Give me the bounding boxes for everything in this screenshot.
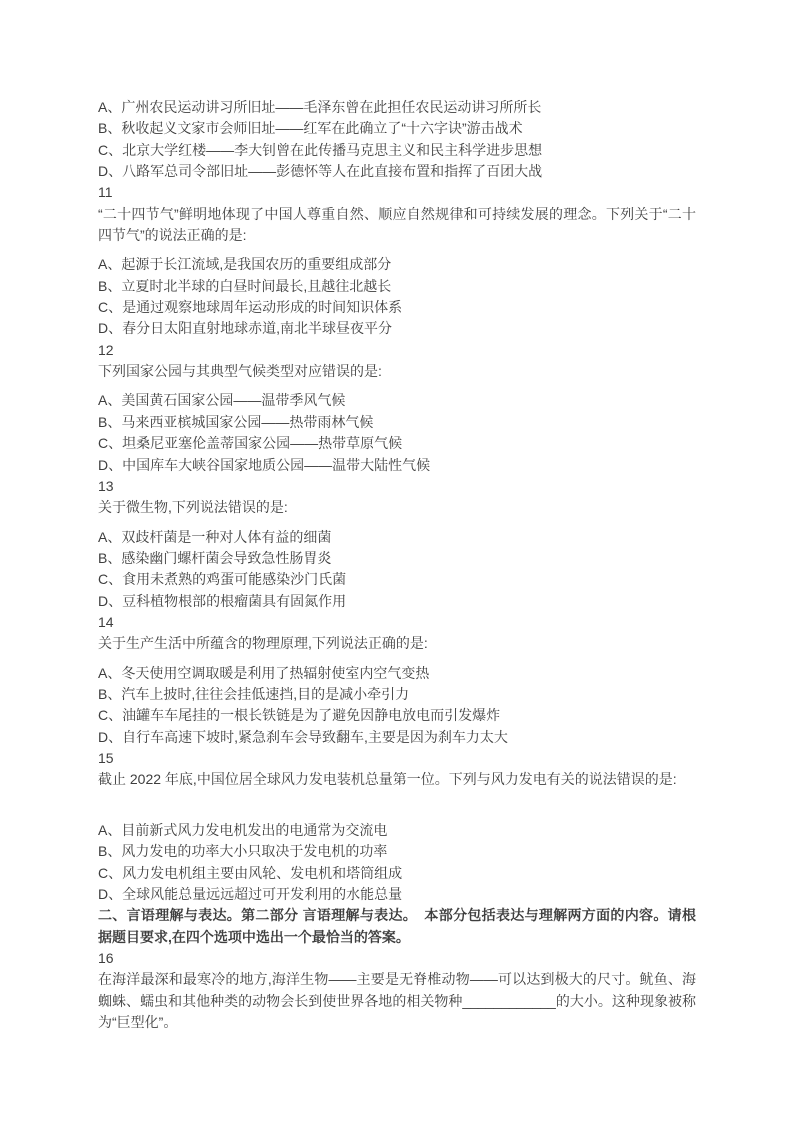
- q13-option-c: C、食用未煮熟的鸡蛋可能感染沙门氏菌: [98, 569, 696, 590]
- q15-options: A、目前新式风力发电机发出的电通常为交流电 B、风力发电的功率大小只取决于发电机…: [98, 820, 696, 905]
- q11-option-d: D、春分日太阳直射地球赤道,南北半球昼夜平分: [98, 318, 696, 339]
- document-page: A、广州农民运动讲习所旧址——毛泽东曾在此担任农民运动讲习所所长 B、秋收起义文…: [0, 0, 794, 1123]
- q13-statement: 关于微生物,下列说法错误的是:: [98, 497, 696, 518]
- q12-number: 12: [98, 340, 696, 361]
- q10-option-d: D、八路军总司令部旧址——彭德怀等人在此直接布置和指挥了百团大战: [98, 161, 696, 182]
- q14-option-d: D、自行车高速下坡时,紧急刹车会导致翻车,主要是因为刹车力太大: [98, 727, 696, 748]
- q11-option-a: A、起源于长江流域,是我国农历的重要组成部分: [98, 254, 696, 275]
- q13-number: 13: [98, 476, 696, 497]
- q14-option-b: B、汽车上披时,往往会挂低速挡,目的是减小牵引力: [98, 684, 696, 705]
- q16-number: 16: [98, 948, 696, 969]
- q15-option-b: B、风力发电的功率大小只取决于发电机的功率: [98, 841, 696, 862]
- q13-option-b: B、感染幽门螺杆菌会导致急性肠胃炎: [98, 548, 696, 569]
- q11-option-b: B、立夏时北半球的白昼时间最长,且越往北越长: [98, 276, 696, 297]
- q12-option-c: C、坦桑尼亚塞伦盖蒂国家公园——热带草原气候: [98, 433, 696, 454]
- q12-option-d: D、中国库车大峡谷国家地质公园——温带大陆性气候: [98, 455, 696, 476]
- section-header: 二、言语理解与表达。第二部分 言语理解与表达。 本部分包括表达与理解两方面的内容…: [98, 905, 696, 948]
- question-16: 16 在海洋最深和最寒冷的地方,海洋生物——主要是无脊椎动物——可以达到极大的尺…: [98, 948, 696, 1033]
- q14-statement: 关于生产生活中所蕴含的物理原理,下列说法正确的是:: [98, 633, 696, 654]
- question-10-options: A、广州农民运动讲习所旧址——毛泽东曾在此担任农民运动讲习所所长 B、秋收起义文…: [98, 97, 696, 182]
- q13-option-d: D、豆科植物根部的根瘤菌具有固氮作用: [98, 591, 696, 612]
- q15-number: 15: [98, 748, 696, 769]
- q14-options: A、冬天使用空调取暖是利用了热辐射使室内空气变热 B、汽车上披时,往往会挂低速挡…: [98, 663, 696, 748]
- q16-statement: 在海洋最深和最寒冷的地方,海洋生物——主要是无脊椎动物——可以达到极大的尺寸。鱿…: [98, 969, 696, 1033]
- q10-option-c: C、北京大学红楼——李大钊曾在此传播马克思主义和民主科学进步思想: [98, 140, 696, 161]
- q14-number: 14: [98, 612, 696, 633]
- question-14: 14 关于生产生活中所蕴含的物理原理,下列说法正确的是: A、冬天使用空调取暖是…: [98, 612, 696, 748]
- q15-option-d: D、全球风能总量远远超过可开发利用的水能总量: [98, 884, 696, 905]
- q15-statement: 截止 2022 年底,中国位居全球风力发电装机总量第一位。下列与风力发电有关的说…: [98, 769, 696, 790]
- q10-option-a: A、广州农民运动讲习所旧址——毛泽东曾在此担任农民运动讲习所所长: [98, 97, 696, 118]
- blank-line: [98, 791, 696, 812]
- q13-options: A、双歧杆菌是一种对人体有益的细菌 B、感染幽门螺杆菌会导致急性肠胃炎 C、食用…: [98, 527, 696, 612]
- q14-option-c: C、油罐车车尾挂的一根长铁链是为了避免因静电放电而引发爆炸: [98, 705, 696, 726]
- q14-option-a: A、冬天使用空调取暖是利用了热辐射使室内空气变热: [98, 663, 696, 684]
- q13-option-a: A、双歧杆菌是一种对人体有益的细菌: [98, 527, 696, 548]
- q11-option-c: C、是通过观察地球周年运动形成的时间知识体系: [98, 297, 696, 318]
- q15-option-a: A、目前新式风力发电机发出的电通常为交流电: [98, 820, 696, 841]
- q15-option-c: C、风力发电机组主要由风轮、发电机和塔筒组成: [98, 863, 696, 884]
- q11-number: 11: [98, 182, 696, 203]
- q12-option-a: A、美国黄石国家公园——温带季风气候: [98, 390, 696, 411]
- q12-statement: 下列国家公园与其典型气候类型对应错误的是:: [98, 361, 696, 382]
- question-11: 11 “二十四节气”鲜明地体现了中国人尊重自然、顺应自然规律和可持续发展的理念。…: [98, 182, 696, 339]
- question-15: 15 截止 2022 年底,中国位居全球风力发电装机总量第一位。下列与风力发电有…: [98, 748, 696, 905]
- q10-option-b: B、秋收起义文家市会师旧址——红军在此确立了“十六字诀”游击战术: [98, 118, 696, 139]
- q11-options: A、起源于长江流域,是我国农历的重要组成部分 B、立夏时北半球的白昼时间最长,且…: [98, 254, 696, 339]
- q12-option-b: B、马来西亚槟城国家公园——热带雨林气候: [98, 412, 696, 433]
- question-13: 13 关于微生物,下列说法错误的是: A、双歧杆菌是一种对人体有益的细菌 B、感…: [98, 476, 696, 612]
- q11-statement: “二十四节气”鲜明地体现了中国人尊重自然、顺应自然规律和可持续发展的理念。下列关…: [98, 204, 696, 247]
- question-12: 12 下列国家公园与其典型气候类型对应错误的是: A、美国黄石国家公园——温带季…: [98, 340, 696, 476]
- q12-options: A、美国黄石国家公园——温带季风气候 B、马来西亚槟城国家公园——热带雨林气候 …: [98, 390, 696, 475]
